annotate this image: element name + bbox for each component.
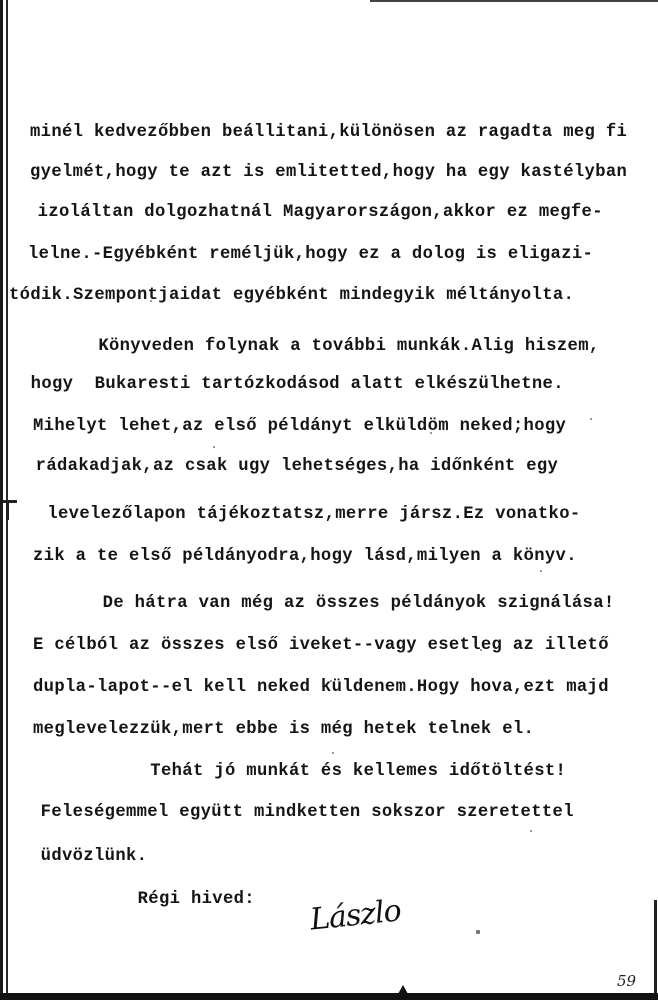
- text-line: lelne.-Egyébként reméljük,hogy ez a dolo…: [28, 245, 593, 265]
- text-line: üdvözlünk.: [30, 847, 147, 867]
- bottom-edge-line: [0, 993, 658, 1000]
- text-line: tódik.Szempontjaidat egyébként mindegyik…: [9, 286, 574, 306]
- text-line: rádakadjak,az csak ugy lehetséges,ha idő…: [25, 457, 558, 477]
- text-line: Feleségemmel együtt mindketten sokszor s…: [30, 803, 574, 823]
- text-line: meglevelezzük,mert ebbe is még hetek tel…: [33, 720, 534, 740]
- speck: [476, 930, 480, 934]
- text-line: levelezőlapon tájékoztatsz,merre jársz.E…: [26, 505, 581, 525]
- text-line: zik a te első példányodra,hogy lásd,mily…: [33, 547, 577, 567]
- text-line: Könyveden folynak a további munkák.Alig …: [13, 337, 600, 357]
- letter-page: minél kedvezőbben beállitani,különösen a…: [0, 0, 658, 1000]
- text-line: De hátra van még az összes példányok szi…: [28, 594, 615, 614]
- margin-mark: [6, 502, 9, 520]
- speck: [430, 432, 432, 434]
- speck: [150, 300, 152, 302]
- speck: [590, 418, 592, 420]
- text-line: Mihelyt lehet,az első példányt elküldöm …: [33, 417, 566, 437]
- speck: [332, 752, 334, 754]
- speck: [330, 680, 332, 682]
- text-line: dupla-lapot--el kell neked küldenem.Hogy…: [33, 678, 609, 698]
- bottom-edge-notch: [398, 985, 408, 994]
- speck: [213, 446, 215, 448]
- text-line: E célból az összes első iveket--vagy ese…: [33, 636, 609, 656]
- text-line: izoláltan dolgozhatnál Magyarországon,ak…: [27, 203, 603, 223]
- text-line: minél kedvezőbben beállitani,különösen a…: [30, 123, 627, 143]
- handwritten-signature: Lászlo: [308, 893, 402, 937]
- text-line: hogy Bukaresti tartózkodásod alatt elkés…: [20, 375, 564, 395]
- right-border-line: [654, 900, 657, 1000]
- top-edge-line: [370, 0, 658, 2]
- page-number: 59: [617, 972, 636, 990]
- speck: [530, 830, 532, 832]
- text-line: Tehát jó munkát és kellemes időtöltést!: [33, 762, 566, 782]
- text-line: gyelmét,hogy te azt is emlitetted,hogy h…: [30, 163, 627, 183]
- speck: [540, 570, 542, 572]
- text-line: Régi hived:: [31, 890, 255, 910]
- speck: [480, 649, 482, 651]
